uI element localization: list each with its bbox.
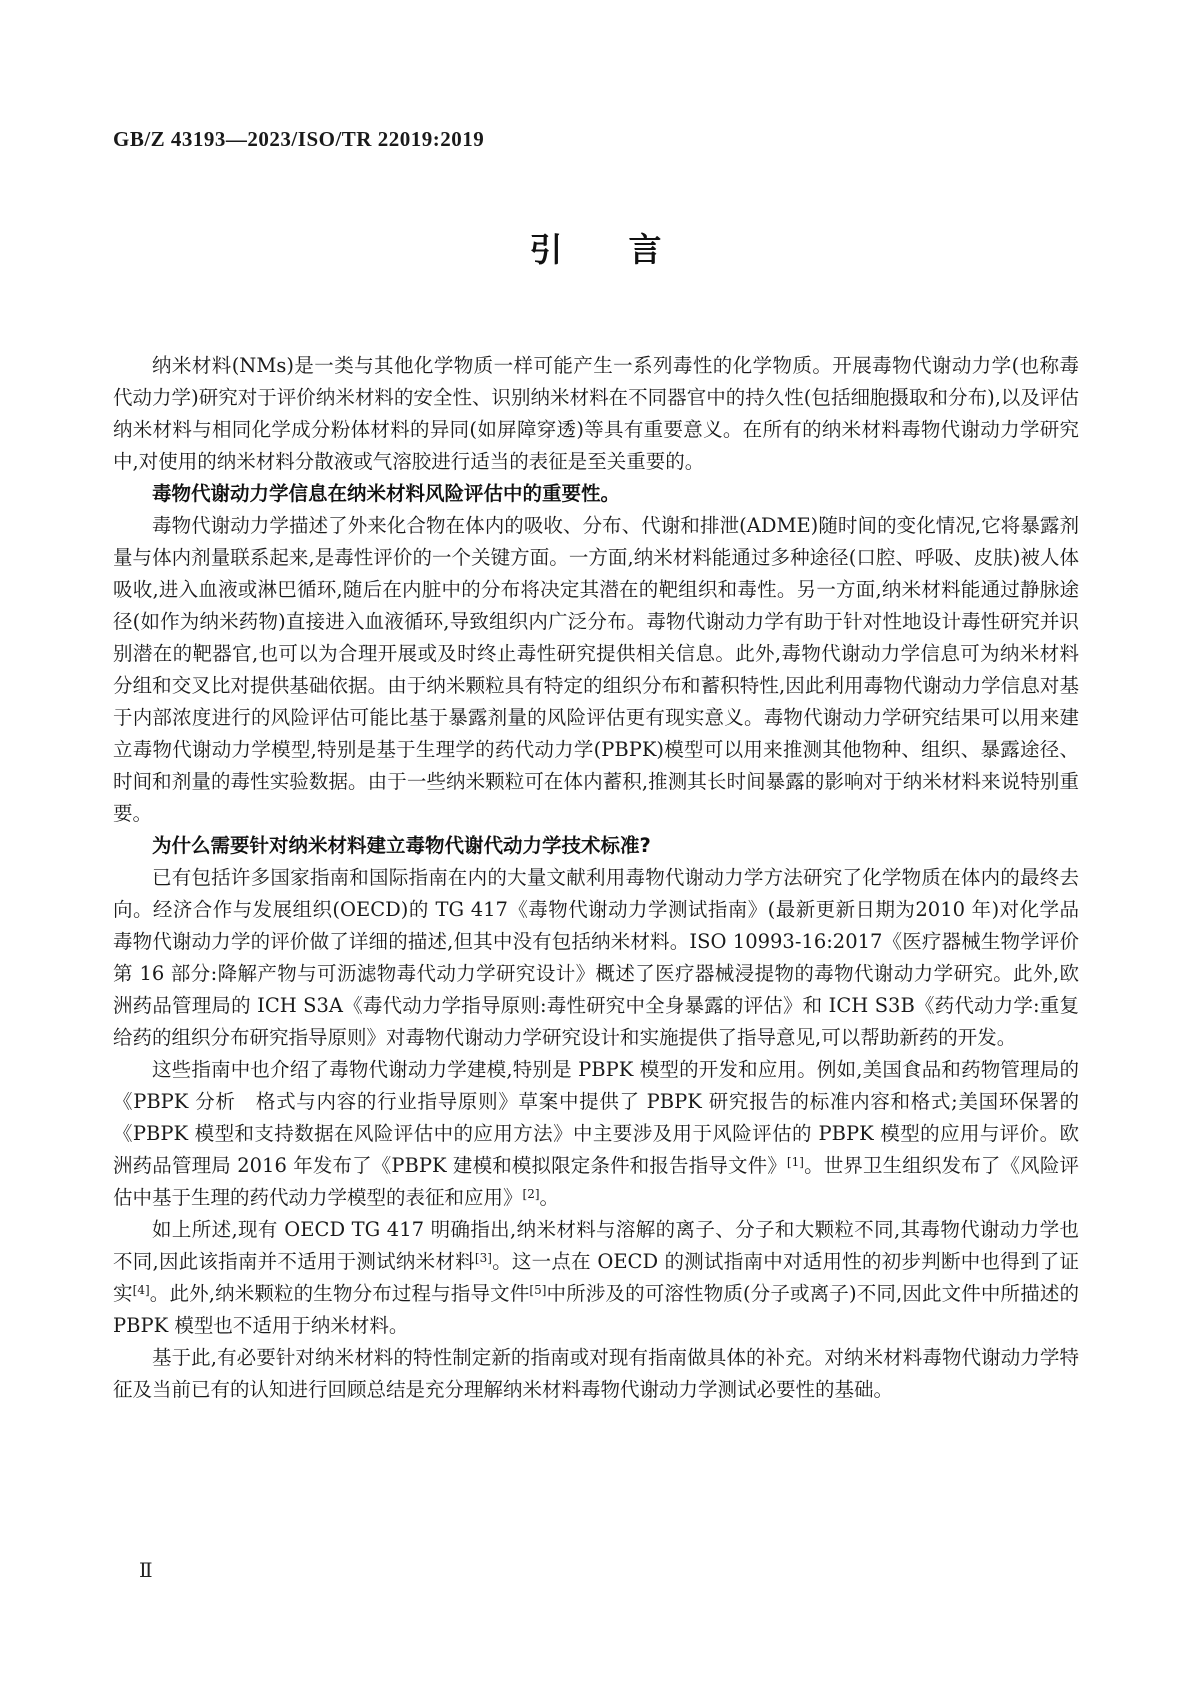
paragraph-conclusion: 基于此,有必要针对纳米材料的特性制定新的指南或对现有指南做具体的补充。对纳米材料… bbox=[113, 1342, 1079, 1406]
standard-number-header: GB/Z 43193—2023/ISO/TR 22019:2019 bbox=[113, 127, 484, 152]
paragraph-intro-nanomaterials: 纳米材料(NMs)是一类与其他化学物质一样可能产生一系列毒性的化学物质。开展毒物… bbox=[113, 350, 1079, 478]
document-page: GB/Z 43193—2023/ISO/TR 22019:2019 引 言 纳米… bbox=[0, 0, 1191, 1685]
paragraph-adme-description: 毒物代谢动力学描述了外来化合物在体内的吸收、分布、代谢和排泄(ADME)随时间的… bbox=[113, 510, 1079, 830]
section-heading-why-standard: 为什么需要针对纳米材料建立毒物代谢代动力学技术标准? bbox=[113, 830, 1079, 862]
page-title: 引 言 bbox=[0, 224, 1191, 271]
paragraph-pbpk-modeling: 这些指南中也介绍了毒物代谢动力学建模,特别是 PBPK 模型的开发和应用。例如,… bbox=[113, 1054, 1079, 1214]
document-body: 纳米材料(NMs)是一类与其他化学物质一样可能产生一系列毒性的化学物质。开展毒物… bbox=[113, 350, 1079, 1406]
section-heading-importance: 毒物代谢动力学信息在纳米材料风险评估中的重要性。 bbox=[113, 478, 1079, 510]
paragraph-existing-guidelines: 已有包括许多国家指南和国际指南在内的大量文献利用毒物代谢动力学方法研究了化学物质… bbox=[113, 862, 1079, 1054]
page-number: Ⅱ bbox=[139, 1558, 153, 1582]
paragraph-oecd-limitations: 如上所述,现有 OECD TG 417 明确指出,纳米材料与溶解的离子、分子和大… bbox=[113, 1214, 1079, 1342]
